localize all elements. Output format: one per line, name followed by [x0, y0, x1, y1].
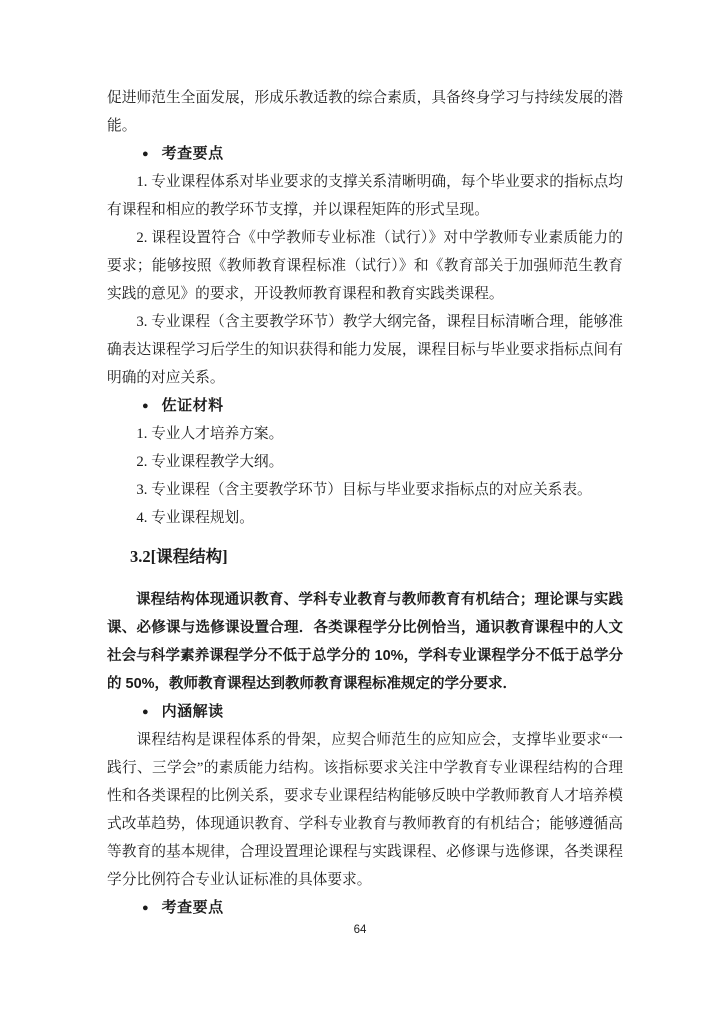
bullet-heading-interpretation: ●内涵解读 — [107, 698, 623, 726]
document-page: 促进师范生全面发展，形成乐教适教的综合素质，具备终身学习与持续发展的潜能。 ●考… — [0, 0, 720, 1018]
bullet-label-supporting-materials: 佐证材料 — [162, 398, 224, 414]
supporting-material-item: 1. 专业人才培养方案。 — [107, 420, 623, 448]
bullet-icon: ● — [142, 148, 149, 160]
standard-summary-paragraph: 课程结构体现通识教育、学科专业教育与教师教育有机结合；理论课与实践课、必修课与选… — [107, 586, 623, 698]
bullet-icon: ● — [142, 902, 149, 914]
bullet-heading-examine-points-2: ●考查要点 — [107, 894, 623, 922]
bullet-icon: ● — [142, 706, 149, 718]
examine-point-paragraph: 2. 课程设置符合《中学教师专业标准（试行）》对中学教师专业素质能力的要求；能够… — [107, 224, 623, 308]
bullet-label-examine-points-1: 考查要点 — [162, 146, 224, 162]
supporting-material-item: 2. 专业课程教学大纲。 — [107, 448, 623, 476]
supporting-material-item: 4. 专业课程规划。 — [107, 504, 623, 532]
examine-point-paragraph: 3. 专业课程（含主要教学环节）教学大纲完备，课程目标清晰合理，能够准确表达课程… — [107, 308, 623, 392]
bullet-label-examine-points-2: 考查要点 — [162, 900, 224, 916]
bullet-heading-examine-points-1: ●考查要点 — [107, 140, 623, 168]
interpretation-paragraph: 课程结构是课程体系的骨架，应契合师范生的应知应会，支撑毕业要求“一践行、三学会”… — [107, 726, 623, 894]
page-number: 64 — [0, 924, 720, 944]
examine-point-paragraph: 1. 专业课程体系对毕业要求的支撑关系清晰明确，每个毕业要求的指标点均有课程和相… — [107, 168, 623, 224]
bullet-heading-supporting-materials: ●佐证材料 — [107, 392, 623, 420]
page-body: 促进师范生全面发展，形成乐教适教的综合素质，具备终身学习与持续发展的潜能。 ●考… — [107, 84, 623, 922]
supporting-material-item: 3. 专业课程（含主要教学环节）目标与毕业要求指标点的对应关系表。 — [107, 476, 623, 504]
section-heading-course-structure: 3.2[课程结构] — [107, 543, 623, 571]
bullet-label-interpretation: 内涵解读 — [162, 704, 224, 720]
continuation-paragraph: 促进师范生全面发展，形成乐教适教的综合素质，具备终身学习与持续发展的潜能。 — [107, 84, 623, 140]
bullet-icon: ● — [142, 400, 149, 412]
